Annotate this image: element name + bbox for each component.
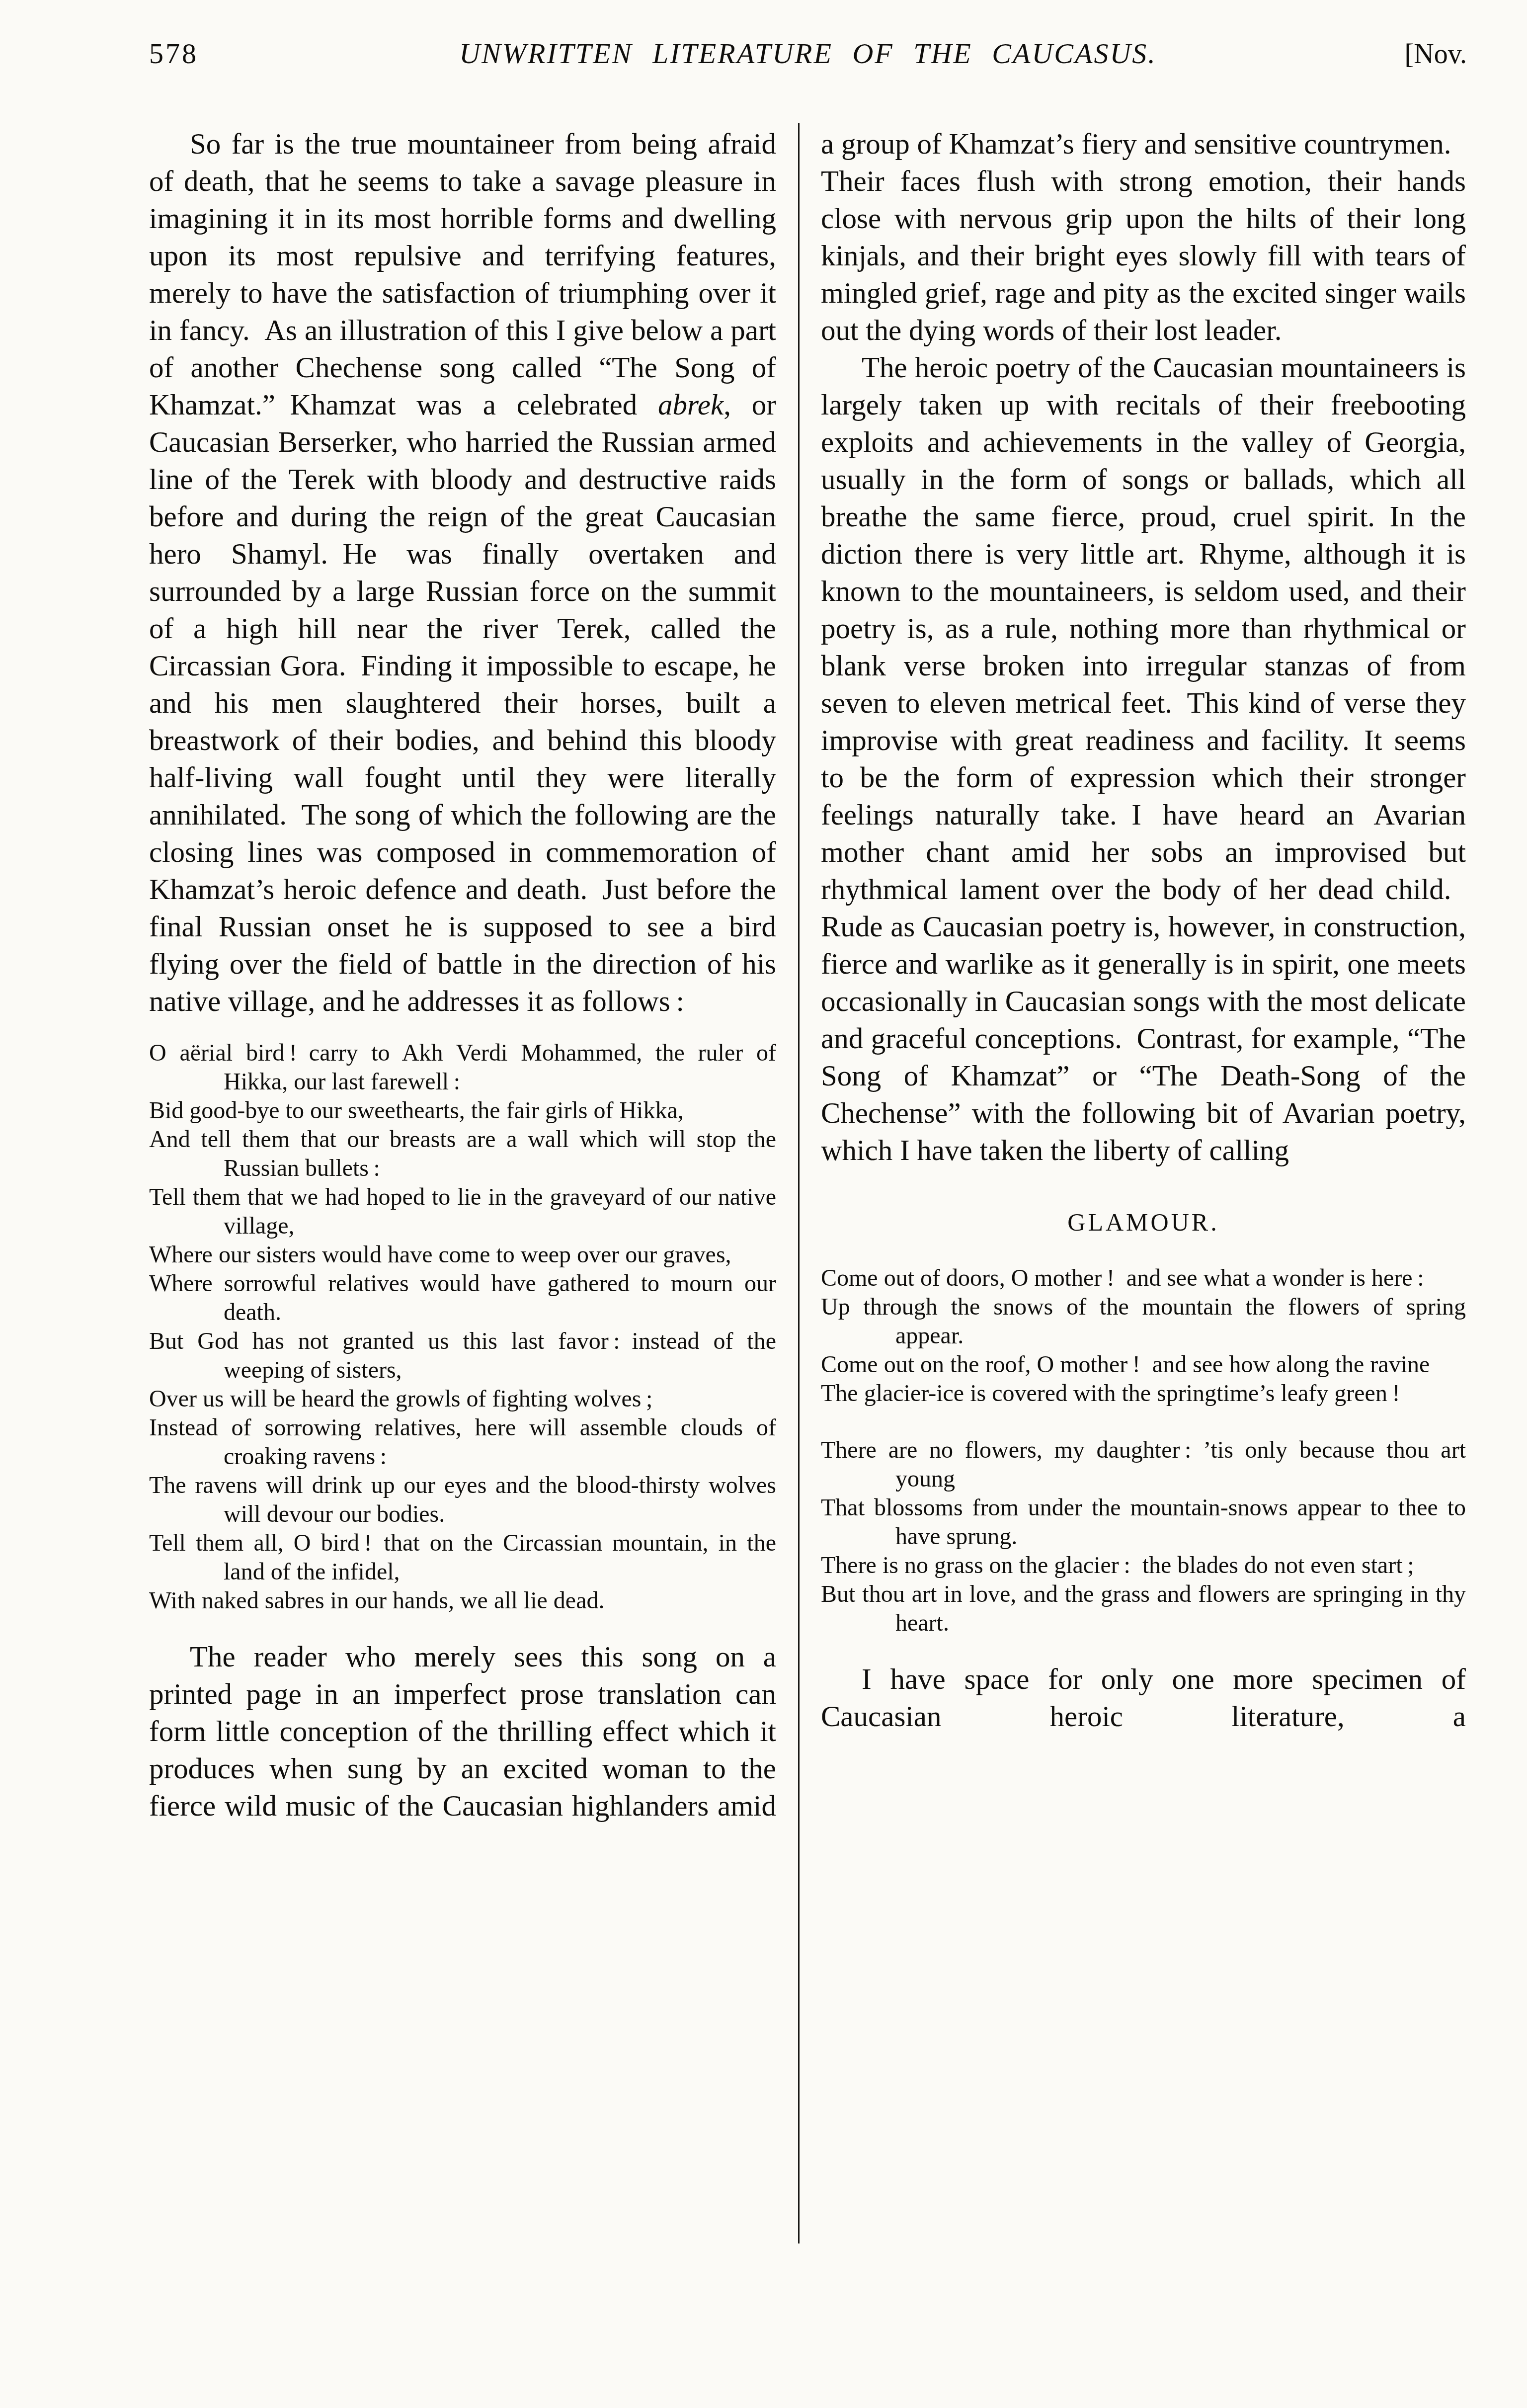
poem-line: With naked sabres in our hands, we all l… [149,1586,776,1615]
poem-line: O aërial bird ! carry to Akh Verdi Moham… [149,1039,776,1096]
glamour-stanza-1: Come out of doors, O mother ! and see wh… [821,1264,1466,1408]
poem-line: Tell them that we had hoped to lie in th… [149,1183,776,1241]
running-title: UNWRITTEN LITERATURE OF THE CAUCASUS. [278,37,1338,70]
poem-line: Where our sisters would have come to wee… [149,1241,776,1269]
poem-line: The glacier-ice is covered with the spri… [821,1379,1466,1408]
glamour-stanza-2: There are no flowers, my daughter : ’tis… [821,1436,1466,1638]
column-divider-rule [798,123,800,2243]
paragraph-mountaineer: So far is the true mountaineer from bein… [149,125,776,1020]
paragraph-heroic-poetry: The heroic poetry of the Caucasian mount… [821,349,1466,1169]
book-page-scan: 578 UNWRITTEN LITERATURE OF THE CAUCASUS… [0,0,1527,2408]
poem-line: Come out of doors, O mother ! and see wh… [821,1264,1466,1293]
left-column: So far is the true mountaineer from bein… [149,125,776,1825]
poem-line: Over us will be heard the growls of figh… [149,1385,776,1413]
poem-line: The ravens will drink up our eyes and th… [149,1471,776,1529]
poem-line: Tell them all, O bird ! that on the Circ… [149,1529,776,1586]
issue-label: [Nov. [1338,38,1467,70]
poem-line: Instead of sorrowing relatives, here wil… [149,1413,776,1471]
poem-line: Come out on the roof, O mother ! and see… [821,1350,1466,1379]
poem-line: There is no grass on the glacier : the b… [821,1551,1466,1580]
paragraph-countrymen: a group of Khamzat’s fiery and sensitive… [821,125,1466,349]
paragraph-one-more-specimen: I have space for only one more specimen … [821,1661,1466,1735]
poem-title-glamour: GLAMOUR. [821,1204,1466,1241]
page-header: 578 UNWRITTEN LITERATURE OF THE CAUCASUS… [149,37,1467,70]
glamour-poem: Come out of doors, O mother ! and see wh… [821,1264,1466,1638]
poem-line: But thou art in love, and the grass and … [821,1580,1466,1638]
poem-line: Bid good-bye to our sweethearts, the fai… [149,1096,776,1125]
poem-line: Where sorrowful relatives would have gat… [149,1269,776,1327]
right-column: a group of Khamzat’s fiery and sensitive… [821,125,1466,1735]
khamzat-death-song-poem: O aërial bird ! carry to Akh Verdi Moham… [149,1039,776,1615]
paragraph-reader: The reader who merely sees this song on … [149,1638,776,1825]
poem-line: Up through the snows of the mountain the… [821,1293,1466,1350]
page-number: 578 [149,37,278,70]
poem-line: But God has not granted us this last fav… [149,1327,776,1385]
poem-line: And tell them that our breasts are a wal… [149,1125,776,1183]
poem-line: That blossoms from under the mountain-sn… [821,1494,1466,1551]
poem-line: There are no flowers, my daughter : ’tis… [821,1436,1466,1494]
